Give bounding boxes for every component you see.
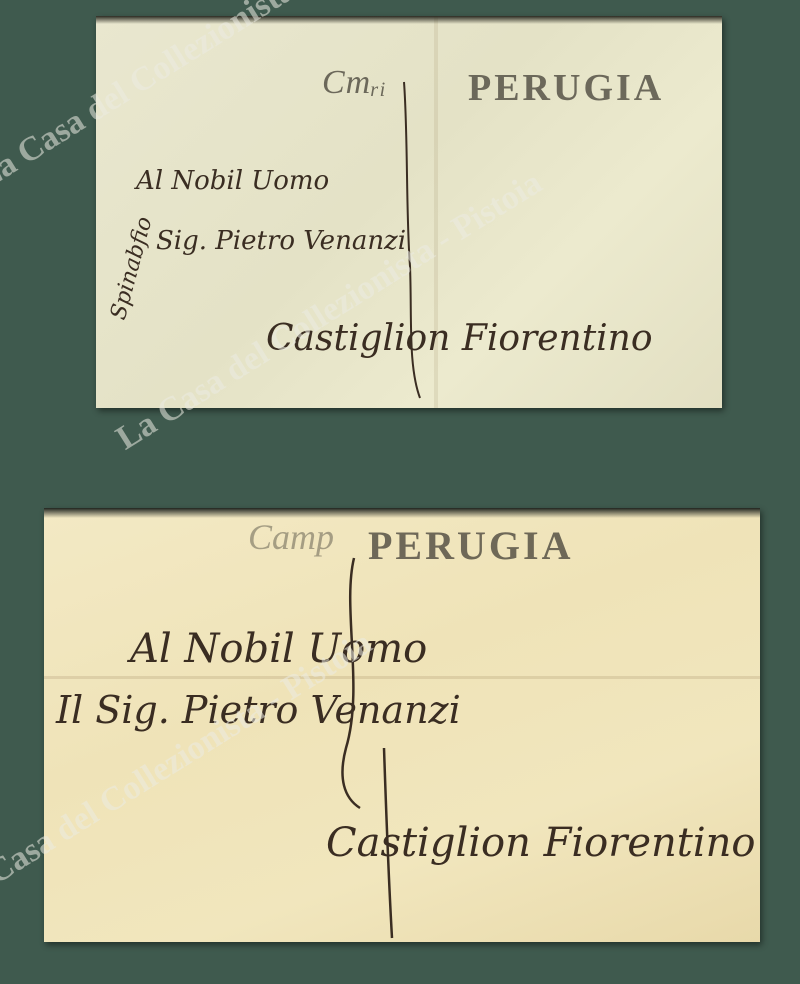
address-line-1: Al Nobil Uomo — [130, 626, 427, 672]
address-line-1: Al Nobil Uomo — [136, 166, 329, 196]
address-line-2: Il Sig. Pietro Venanzi — [56, 688, 461, 732]
letter-cover-top: Cmᵣᵢ PERUGIA Al Nobil Uomo Sig. Pietro V… — [96, 16, 722, 408]
rate-mark — [324, 548, 404, 942]
postmark-town: PERUGIA — [468, 66, 664, 110]
letter-cover-bottom: Camp PERUGIA Al Nobil Uomo Il Sig. Pietr… — [44, 508, 760, 942]
address-line-3: Castiglion Fiorentino — [266, 318, 653, 359]
side-note: Spinabfio — [106, 214, 157, 322]
address-line-2: Sig. Pietro Venanzi — [156, 226, 406, 256]
postmark-prefix: Camp — [248, 516, 334, 558]
address-line-3: Castiglion Fiorentino — [326, 820, 756, 866]
postmark-prefix: Cmᵣᵢ — [322, 64, 387, 102]
